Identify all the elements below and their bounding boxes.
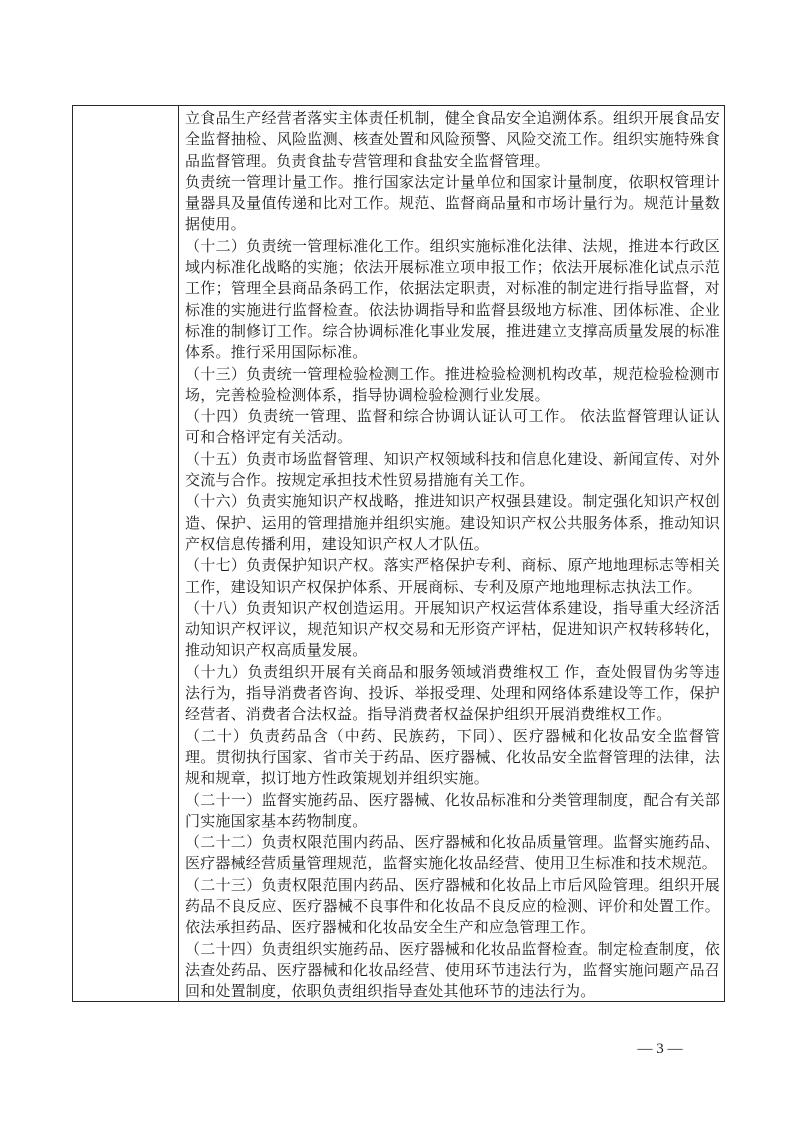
duty-paragraph-12-standardization: （十二）负责统一管理标准化工作。组织实施标准化法律、法规，推进本行政区域内标准化… — [185, 237, 720, 365]
duty-paragraph-15-market-supervision: （十五）负责市场监督管理、知识产权领域科技和信息化建设、新闻宣传、对外交流与合作… — [185, 450, 720, 493]
responsibilities-table: 立食品生产经营者落实主体责任机制，健全食品安全追溯体系。组织开展食品安全监督抽检… — [72, 105, 725, 1002]
duty-paragraph-24-supervision-inspection: （二十四）负责组织实施药品、医疗器械和化妆品监督检查。制定检查制度，依法查处药品… — [185, 940, 720, 1001]
duty-paragraph-22-quality-management: （二十二）负责权限范围内药品、医疗器械和化妆品质量管理。监督实施药品、医疗器械经… — [185, 833, 720, 876]
duty-paragraph-20-drug-device-cosmetics: （二十）负责药品含（中药、民族药，下同）、医疗器械和化妆品安全监督管理。贯彻执行… — [185, 727, 720, 791]
table-cell-left-empty — [73, 106, 179, 1001]
duty-paragraph-continuation-food-safety: 立食品生产经营者落实主体责任机制，健全食品安全追溯体系。组织开展食品安全监督抽检… — [185, 109, 720, 173]
table-cell-duties-text: 立食品生产经营者落实主体责任机制，健全食品安全追溯体系。组织开展食品安全监督抽检… — [179, 106, 724, 1001]
duty-paragraph-18-ip-utilization: （十八）负责知识产权创造运用。开展知识产权运营体系建设，指导重大经济活动知识产权… — [185, 599, 720, 663]
duty-paragraph-19-consumer-rights: （十九）负责组织开展有关商品和服务领域消费维权工 作，查处假冒伪劣等违法行为，指… — [185, 663, 720, 727]
duty-paragraph-16-ip-strategy: （十六）负责实施知识产权战略，推进知识产权强县建设。制定强化知识产权创造、保护、… — [185, 492, 720, 556]
duty-paragraph-14-certification: （十四）负责统一管理、监督和综合协调认证认可工作。 依法监督管理认证认可和合格评… — [185, 407, 720, 450]
page-number: — 3 — — [600, 1040, 720, 1058]
duty-paragraph-21-standards-classification: （二十一）监督实施药品、医疗器械、化妆品标准和分类管理制度，配合有关部门实施国家… — [185, 791, 720, 834]
duty-paragraph-17-ip-protection: （十七）负责保护知识产权。落实严格保护专利、商标、原产地地理标志等相关工作，建设… — [185, 556, 720, 599]
document-page: 立食品生产经营者落实主体责任机制，健全食品安全追溯体系。组织开展食品安全监督抽检… — [0, 0, 793, 1122]
duty-paragraph-13-inspection-testing: （十三）负责统一管理检验检测工作。推进检验检测机构改革，规范检验检测市场，完善检… — [185, 365, 720, 408]
duty-paragraph-metrology: 负责统一管理计量工作。推行国家法定计量单位和国家计量制度，依职权管理计量器具及量… — [185, 173, 720, 237]
duty-paragraph-23-post-market-risk: （二十三）负责权限范围内药品、医疗器械和化妆品上市后风险管理。组织开展药品不良反… — [185, 876, 720, 940]
